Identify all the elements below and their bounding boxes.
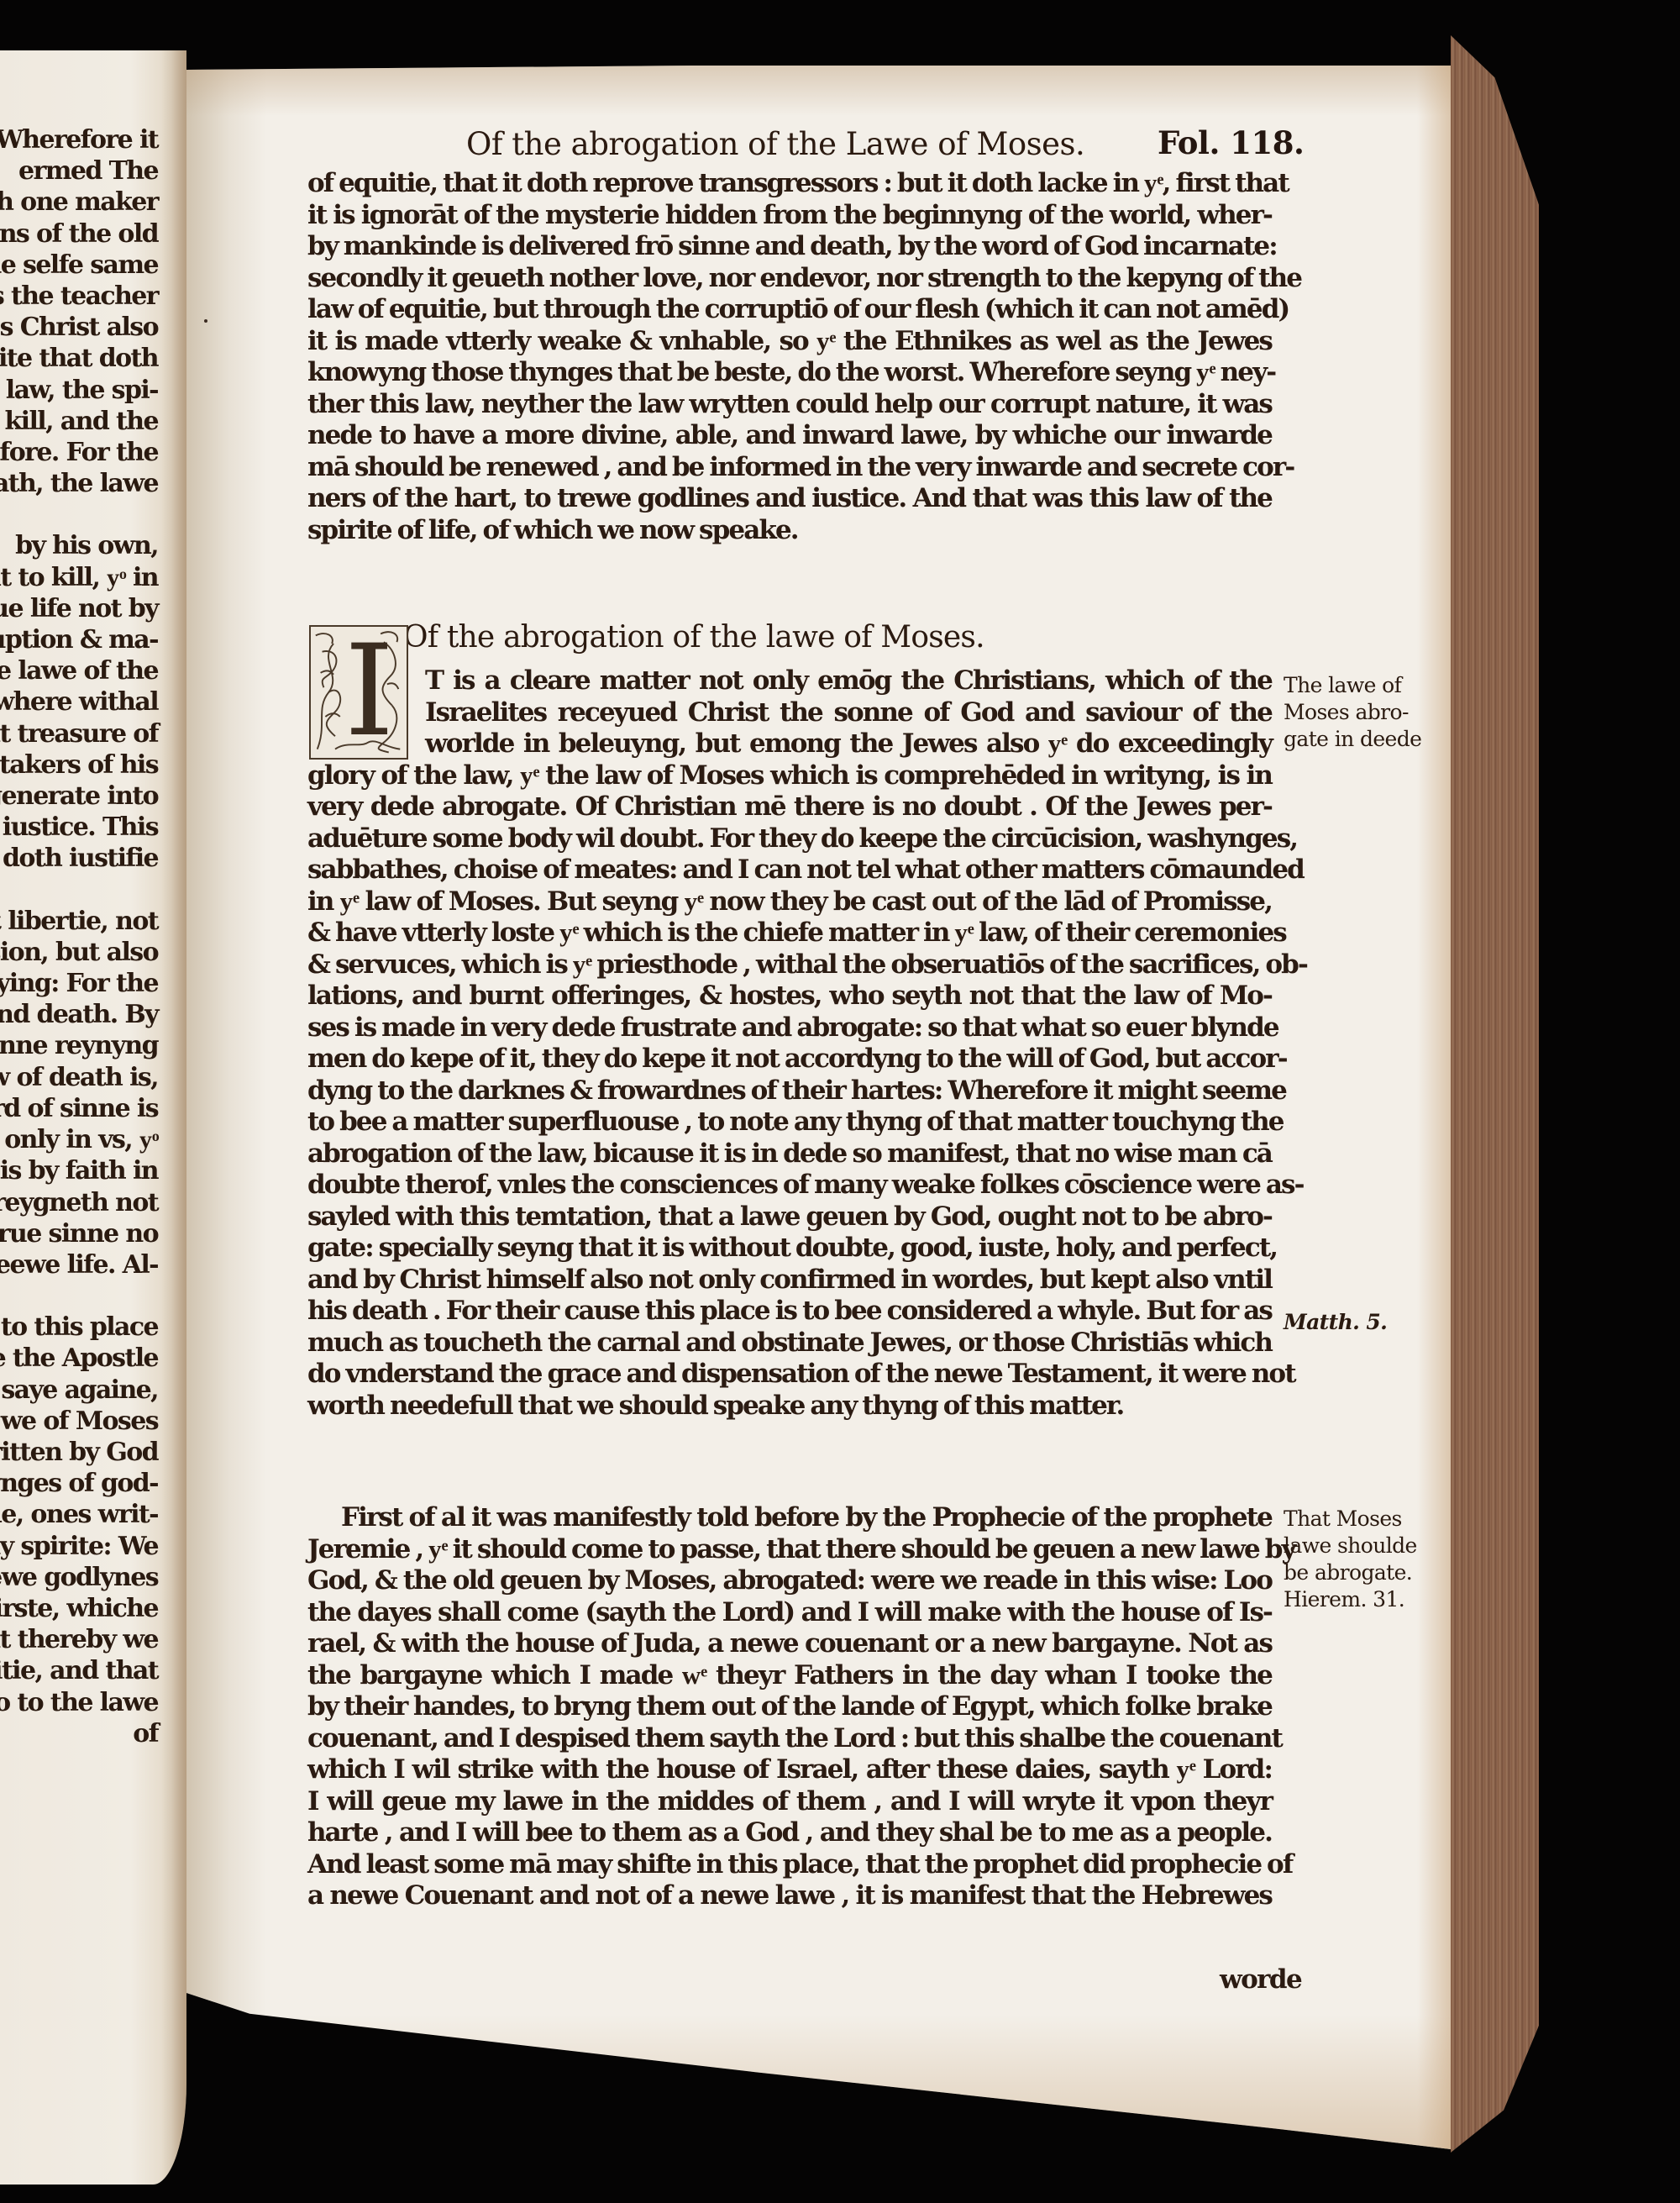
text-line: ther this law, neyther the law wrytten c… — [307, 389, 1272, 421]
left-page-fragment: Wherefore itermed Theh one makerns of th… — [0, 50, 186, 2185]
left-text-line: l saye againe, — [0, 1375, 158, 1406]
left-text-line: where withal — [0, 686, 158, 718]
left-text-line: d, doth iustifie — [0, 843, 158, 874]
text-line: ners of the hart, to trewe godlines and … — [307, 483, 1272, 515]
left-text-line: o to the lawe — [0, 1687, 158, 1718]
text-line: law of equitie, but through the corrupti… — [307, 294, 1272, 326]
text-block-intro: of equitie, that it doth reprove transgr… — [307, 168, 1272, 546]
text-line: in yͤ law of Moses. But seyng yͤ now the… — [307, 886, 1272, 918]
left-text-line: we of Moses — [0, 1406, 158, 1437]
left-text-line: h is by faith in — [0, 1155, 158, 1186]
text-line: much as toucheth the carnal and obstinat… — [307, 1328, 1272, 1359]
text-line: knowyng those thynges that be beste, do … — [307, 357, 1272, 389]
text-line: the bargayne which I made wͤ theyr Fathe… — [307, 1660, 1272, 1692]
left-text-line: he selfe same — [0, 250, 158, 281]
margin-note-line: Moses abro- — [1284, 699, 1421, 726]
left-text-line: of — [0, 1718, 158, 1749]
left-text-line: ynges of god- — [0, 1468, 158, 1499]
text-line: to bee a matter superfluouse , to note a… — [307, 1107, 1272, 1138]
left-text-line: firste, whiche — [0, 1593, 158, 1624]
line-gap — [0, 875, 158, 906]
text-line: dyng to the darknes & frowardnes of thei… — [307, 1075, 1272, 1107]
left-text-line: treewe life. Al- — [0, 1249, 158, 1280]
text-line: gate: specially seyng that it is without… — [307, 1233, 1272, 1264]
text-line: and by Christ himself also not only conf… — [307, 1264, 1272, 1296]
text-line: secondly it geueth nother love, nor ende… — [307, 263, 1272, 295]
text-line: which I wil strike with the house of Isr… — [307, 1754, 1272, 1786]
left-text-line: aying: For the — [0, 968, 158, 999]
margin-note-line: Matth. 5. — [1284, 1309, 1387, 1336]
text-line: I will geue my lawe in the middes of the… — [307, 1786, 1272, 1818]
page-top-foxing — [186, 66, 1451, 116]
text-line: by mankinde is delivered frō sinne and … — [307, 231, 1272, 263]
text-line: ses is made in very dede frustrate and a… — [307, 1012, 1272, 1044]
right-page-gutter-shadow — [186, 66, 266, 2149]
line-gap — [0, 499, 158, 530]
left-text-line: fore. For the — [0, 437, 158, 468]
page-edge-foxing — [1417, 66, 1451, 2149]
text-line: lations, and burnt offeringes, & hostes,… — [307, 981, 1272, 1012]
left-text-line: lsion, but also — [0, 937, 158, 968]
text-line: the dayes shall come (sayth the Lord) an… — [307, 1597, 1272, 1629]
margin-note-line: lawe shoulde — [1284, 1533, 1417, 1559]
text-line: worth needefull that we should speake an… — [307, 1391, 1272, 1422]
left-text-line: ue life not by — [0, 593, 158, 624]
left-text-line: ewe godlynes — [0, 1562, 158, 1593]
text-line: harte , and I will bee to them as a God … — [307, 1817, 1272, 1849]
left-text-line: by his own, — [0, 530, 158, 561]
left-text-line: at treasure of — [0, 718, 158, 749]
left-text-line: uption & ma- — [0, 624, 158, 655]
text-line: it is made vtterly weake & vnhable, so y… — [307, 326, 1272, 358]
gutter-shadow — [161, 50, 186, 2185]
page-bottom-foxing — [186, 2015, 1451, 2149]
left-text-line: ct libertie, not — [0, 906, 158, 937]
text-line: First of al it was manifestly told befor… — [307, 1502, 1272, 1534]
text-line: men do kepe of it, they do kepe it not a… — [307, 1044, 1272, 1075]
left-text-line: ermed The — [0, 155, 158, 187]
text-line: And least some mā may shifte in this pl… — [307, 1849, 1272, 1881]
text-line: it is ignorāt of the mysterie hidden fr… — [307, 200, 1272, 232]
margin-note-matthew: Matth. 5. — [1284, 1309, 1387, 1336]
left-text-line: l serue sinne no — [0, 1218, 158, 1249]
text-line: spirite of life, of which we now speake. — [307, 515, 1272, 547]
section-heading: Of the abrogation of the lawe of Moses. — [403, 620, 984, 655]
text-line: rael, & with the house of Juda, a newe c… — [307, 1628, 1272, 1660]
left-text-line: ath, the lawe — [0, 468, 158, 499]
running-head: Of the abrogation of the Lawe of Moses. — [466, 126, 1084, 162]
text-line: by their handes, to bryng them out of th… — [307, 1691, 1272, 1723]
left-text-line: to this place — [0, 1312, 158, 1343]
margin-note-line: Hierem. 31. — [1284, 1586, 1417, 1613]
margin-note-moses-lawe-hierem: That Moseslawe shouldebe abrogate.Hierem… — [1284, 1506, 1417, 1613]
left-text-line: ritten by God — [0, 1437, 158, 1468]
left-text-line: Wherefore it — [0, 124, 158, 155]
left-text-line: rite that doth — [0, 343, 158, 374]
text-line: of equitie, that it doth reprove transgr… — [307, 168, 1272, 200]
left-text-line: uitie, and that — [0, 1655, 158, 1686]
text-line: sabbathes, choise of meates: and I can n… — [307, 854, 1272, 886]
left-text-line: sinne reynyng — [0, 1030, 158, 1061]
text-block-prophecy: First of al it was manifestly told befor… — [307, 1502, 1272, 1912]
text-line: & servuces, which is yͤ priesthode , wit… — [307, 949, 1272, 981]
margin-note-line: The lawe of — [1284, 672, 1421, 699]
text-line: worlde in beleuyng, but emong the Jewes … — [425, 728, 1272, 760]
left-page-text: Wherefore itermed Theh one makerns of th… — [0, 124, 158, 1749]
left-text-line: generate into — [0, 781, 158, 812]
margin-note-lawe-abrogate: The lawe ofMoses abro-gate in deede — [1284, 672, 1421, 753]
left-text-line: he lawe of the — [0, 655, 158, 686]
ink-speck — [204, 319, 207, 323]
line-gap — [0, 1280, 158, 1312]
text-line: Jeremie , yͤ it should come to passe, th… — [307, 1534, 1272, 1566]
left-text-line: s the teacher — [0, 281, 158, 312]
left-text-line: ede, ones writ- — [0, 1499, 158, 1530]
catchword: worde — [1220, 1964, 1301, 1995]
left-text-line: ard of sinne is — [0, 1093, 158, 1124]
text-line: nede to have a more divine, able, and in… — [307, 420, 1272, 452]
text-line: T is a cleare matter not only emōg the … — [425, 665, 1272, 697]
margin-note-line: be abrogate. — [1284, 1559, 1417, 1586]
text-line: sayled with this temtation, that a lawe … — [307, 1201, 1272, 1233]
text-line: a newe Couenant and not of a newe lawe ,… — [307, 1880, 1272, 1912]
left-text-line: use the Apostle — [0, 1343, 158, 1374]
text-line: very dede abrogate. Of Christian mē the… — [307, 791, 1272, 823]
text-line: God, & the old geuen by Moses, abrogated… — [307, 1565, 1272, 1597]
left-text-line: e reygneth not — [0, 1187, 158, 1218]
book-fore-edge — [1451, 35, 1539, 2153]
left-text-line: h one maker — [0, 187, 158, 218]
text-line: doubte therof, vnles the consciences of … — [307, 1170, 1272, 1201]
text-block-section: T is a cleare matter not only emōg the … — [307, 665, 1272, 1422]
text-line: do vnderstand the grace and dispensation… — [307, 1359, 1272, 1391]
left-text-line: takers of his — [0, 749, 158, 781]
text-line: his death . For their cause this place i… — [307, 1296, 1272, 1328]
text-line: abrogation of the law, bicause it is in … — [307, 1138, 1272, 1170]
left-text-line: at thereby we — [0, 1624, 158, 1655]
left-text-line: s only in vs, yͦ — [0, 1124, 158, 1155]
left-text-line: w of death is, — [0, 1062, 158, 1093]
folio-number: Fol. 118. — [1158, 124, 1304, 161]
left-text-line: e iustice. This — [0, 812, 158, 843]
left-text-line: e law, the spi- — [0, 375, 158, 406]
text-line: & have vtterly loste yͤ which is the chi… — [307, 917, 1272, 949]
text-line: glory of the law, yͤ the law of Moses wh… — [307, 760, 1272, 792]
text-line: mā should be renewed , and be informed … — [307, 452, 1272, 484]
left-text-line: and death. By — [0, 999, 158, 1030]
text-line: aduēture some body wil doubt. For they … — [307, 823, 1272, 855]
margin-note-line: gate in deede — [1284, 726, 1421, 753]
text-line: couenant, and I despised them sayth the … — [307, 1723, 1272, 1755]
left-text-line: nt to kill, yͦ in — [0, 562, 158, 593]
left-text-line: s Christ also — [0, 312, 158, 343]
text-line: Israelites receyued Christ the sonne of … — [425, 697, 1272, 729]
left-text-line: ns of the old — [0, 218, 158, 250]
margin-note-line: That Moses — [1284, 1506, 1417, 1533]
left-text-line: oly spirite: We — [0, 1531, 158, 1562]
left-text-line: kill, and the — [0, 406, 158, 437]
